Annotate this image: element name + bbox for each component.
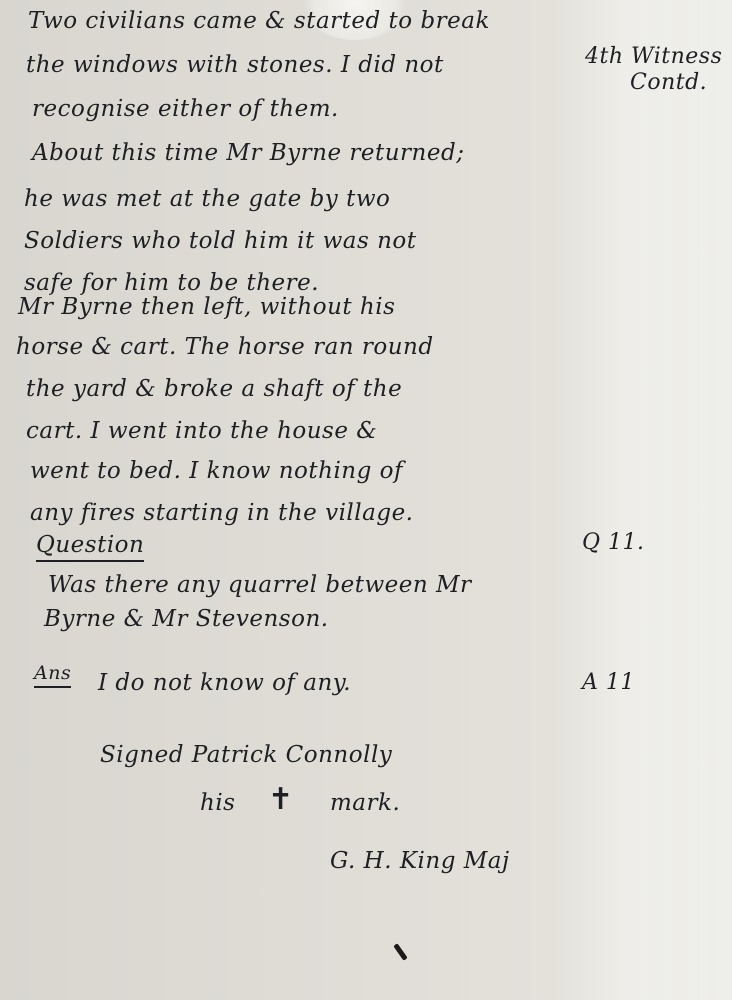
body-line: Two civilians came & started to break — [28, 8, 490, 34]
witness-continued: Contd. — [630, 70, 707, 95]
question-line: Was there any quarrel between Mr — [48, 572, 472, 598]
body-line: any fires starting in the village. — [30, 500, 414, 526]
body-line: he was met at the gate by two — [24, 186, 390, 212]
body-line: went to bed. I know nothing of — [30, 458, 403, 484]
answer-ref: A 11 — [582, 670, 635, 695]
answer-label: Ans — [34, 662, 71, 688]
body-line: Soldiers who told him it was not — [24, 228, 417, 254]
body-line: the windows with stones. I did not — [26, 52, 444, 78]
right-margin — [555, 0, 732, 1000]
witness-signature: G. H. King Maj — [330, 848, 510, 874]
question-line: Byrne & Mr Stevenson. — [44, 606, 329, 632]
answer-text: I do not know of any. — [98, 670, 351, 696]
body-line: safe for him to be there. — [24, 270, 319, 296]
signature-line: Signed Patrick Connolly — [100, 742, 392, 768]
cross-mark: ✝ — [268, 782, 294, 817]
mark-label: mark. — [330, 790, 400, 816]
question-ref: Q 11. — [582, 530, 645, 555]
body-line: the yard & broke a shaft of the — [26, 376, 402, 402]
body-line: cart. I went into the house & — [26, 418, 377, 444]
body-line: horse & cart. The horse ran round — [16, 334, 434, 360]
body-line: recognise either of them. — [32, 96, 339, 122]
body-line: Mr Byrne then left, without his — [18, 294, 395, 320]
witness-header: 4th Witness — [585, 44, 722, 69]
question-label: Question — [36, 532, 144, 562]
document-page: Two civilians came & started to break th… — [0, 0, 732, 1000]
ink-blot — [393, 943, 407, 961]
his-label: his — [200, 790, 235, 816]
body-line: About this time Mr Byrne returned; — [32, 140, 464, 166]
